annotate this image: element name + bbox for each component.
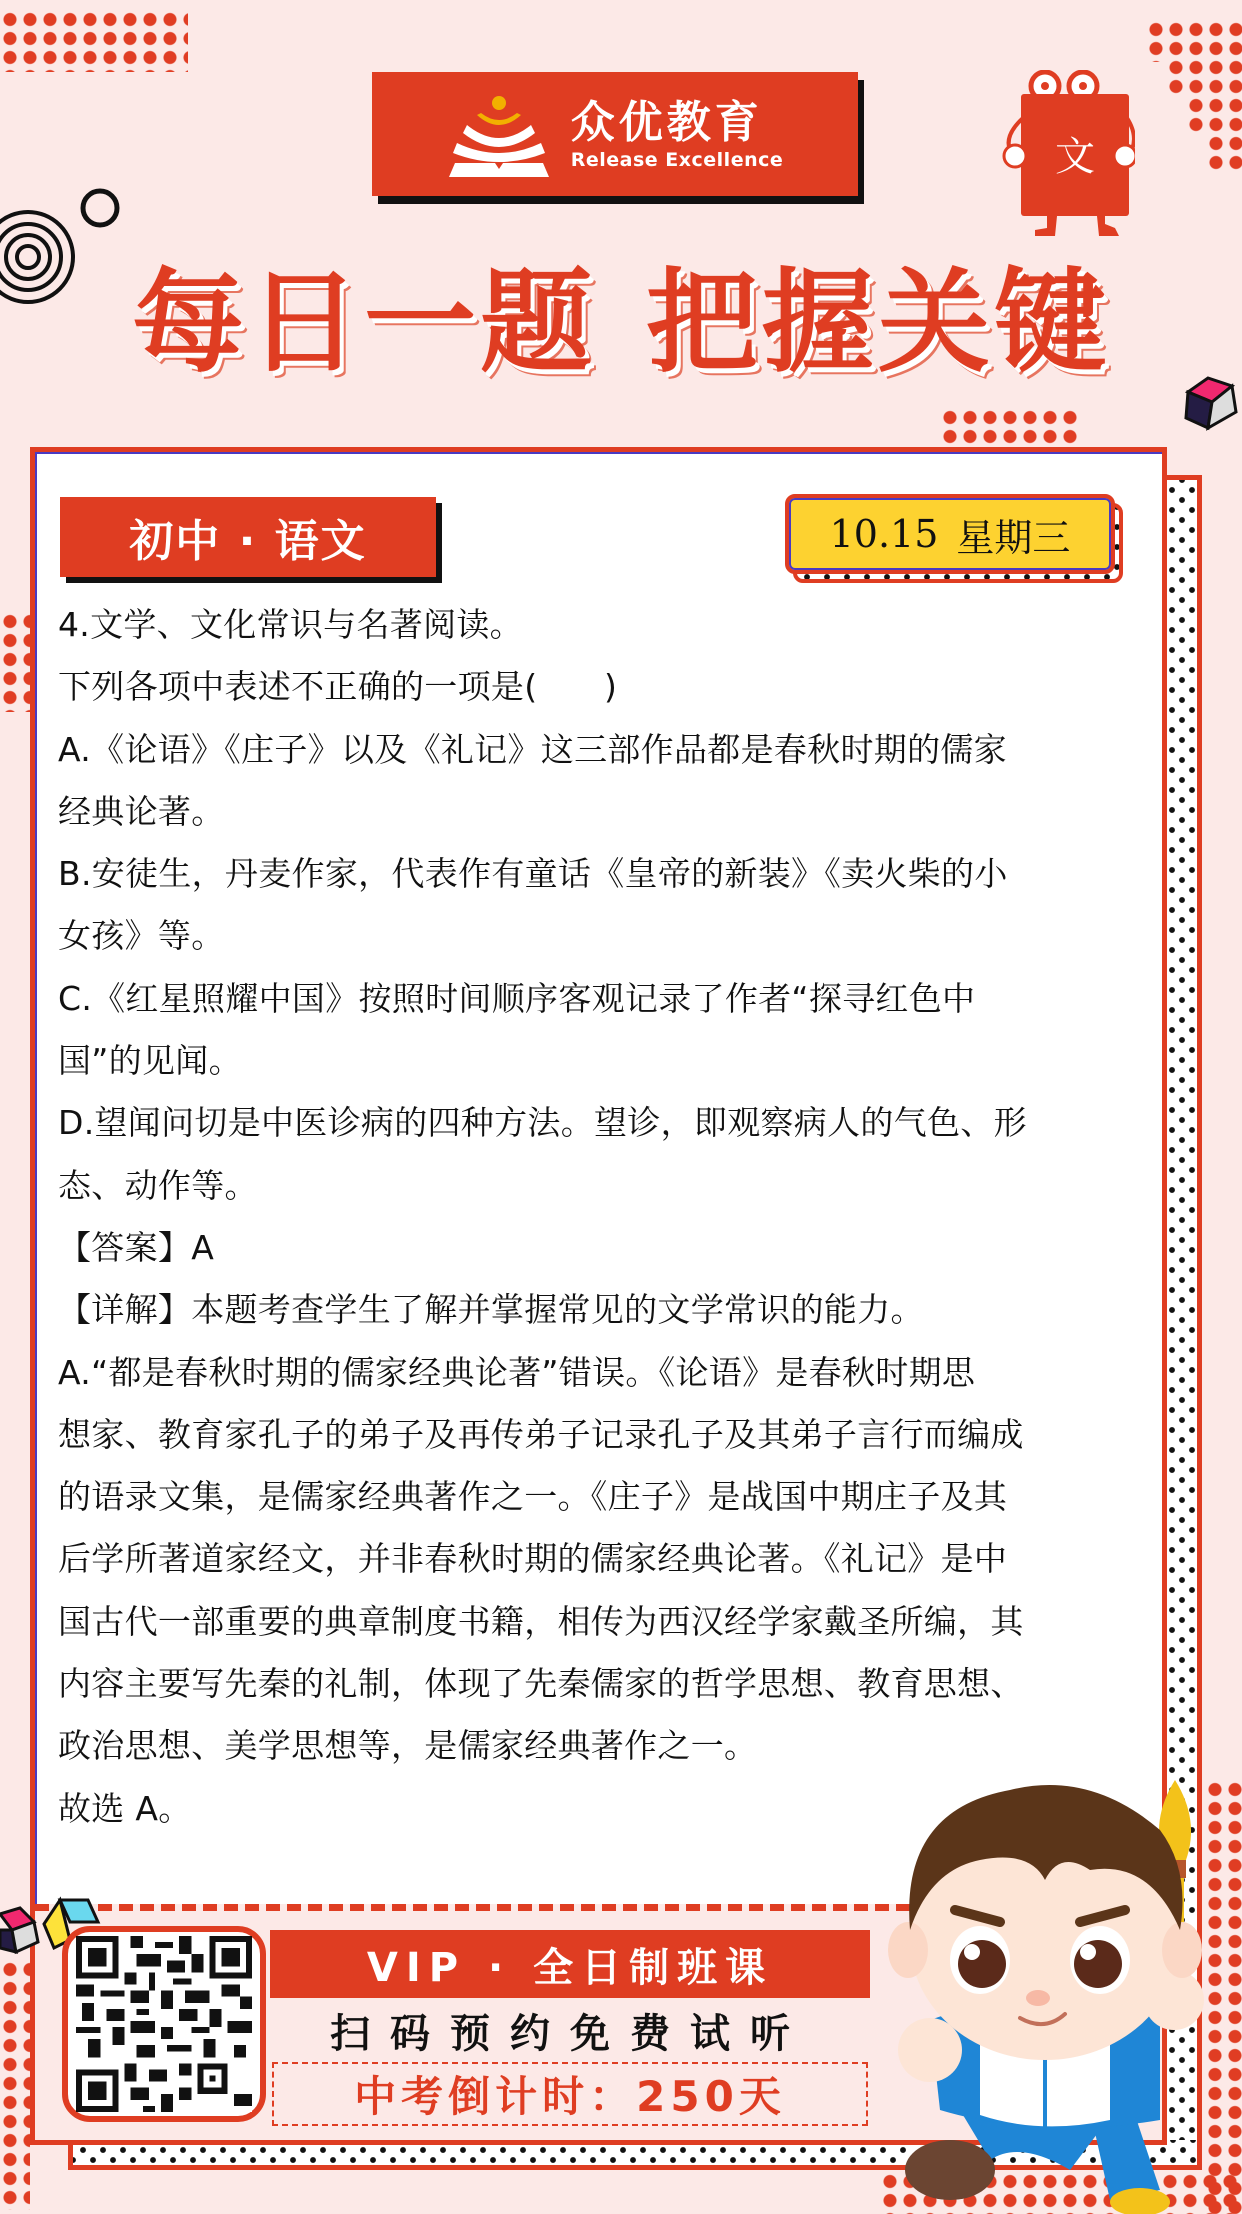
explanation-line: 国古代一部重要的典章制度书籍，相传为西汉经学家戴圣所编，其 [58,1591,1148,1653]
subject-tag: 初中 · 语文 [60,497,436,577]
headline-part-1: 每日一题 [132,258,596,388]
book-tree-logo-icon [447,91,551,177]
qr-code-frame[interactable] [62,1926,266,2122]
explanation-line: 的语录文集，是儒家经典著作之一。《庄子》是战国中期庄子及其 [58,1466,1148,1528]
question-body: 4.文学、文化常识与名著阅读。 下列各项中表述不正确的一项是( ) A.《论语》… [58,594,1148,1840]
option-a-line-1: A.《论语》《庄子》以及《礼记》这三部作品都是春秋时期的儒家 [58,719,1148,781]
option-d-line-1: D.望闻问切是中医诊病的四种方法。望诊，即观察病人的气色、形 [58,1092,1148,1154]
cube-icon [0,1900,40,1960]
dot-pattern-under-headline [940,408,1080,446]
explanation-line: 后学所著道家经文，并非春秋时期的儒家经典论著。《礼记》是中 [58,1528,1148,1590]
date-day: 10.15 [830,512,939,556]
dot-pattern-left-bottom [0,1960,30,2210]
ring-icon [78,186,122,230]
vip-course-banner: VIP · 全日制班课 [270,1930,870,1998]
question-prompt: 下列各项中表述不正确的一项是( ) [58,656,1148,718]
explanation-line: 内容主要写先秦的礼制，体现了先秦儒家的哲学思想、教育思想、 [58,1653,1148,1715]
qr-code-icon[interactable] [76,1936,252,2112]
svg-text:文: 文 [1055,134,1095,180]
dot-pattern-top-left [0,10,188,72]
option-d-line-2: 态、动作等。 [58,1155,1148,1217]
chinese-book-mascot-icon: 文 [995,70,1135,240]
option-c-line-2: 国”的见闻。 [58,1030,1148,1092]
exam-countdown: 中考倒计时：250天 [272,2062,868,2126]
brand-logo-banner: 众优教育 Release Excellence [372,72,858,196]
boy-mascot-icon [860,1750,1220,2214]
option-a-line-2: 经典论著。 [58,781,1148,843]
question-title: 4.文学、文化常识与名著阅读。 [58,594,1148,656]
option-b-line-1: B.安徒生，丹麦作家，代表作有童话《皇帝的新装》《卖火柴的小 [58,843,1148,905]
option-b-line-2: 女孩》等。 [58,905,1148,967]
brand-name-cn: 众优教育 [571,97,763,149]
scan-to-book-text: 扫码预约免费试听 [270,2004,870,2056]
option-c-line-1: C.《红星照耀中国》按照时间顺序客观记录了作者“探寻红色中 [58,968,1148,1030]
brand-slogan-en: Release Excellence [571,149,784,171]
date-badge: 10.15 星期三 [785,494,1115,574]
explanation-intro: 【详解】本题考查学生了解并掌握常见的文学常识的能力。 [58,1279,1148,1341]
explanation-line: A.“都是春秋时期的儒家经典论著”错误。《论语》是春秋时期思 [58,1342,1148,1404]
dot-pattern-top-right [1146,20,1242,170]
dot-pattern-left-side [0,612,30,712]
answer-line: 【答案】A [58,1217,1148,1279]
explanation-line: 想家、教育家孔子的弟子及再传弟子记录孔子及其弟子言行而编成 [58,1404,1148,1466]
page-headline: 每日一题把握关键 [0,258,1242,388]
headline-part-2: 把握关键 [646,258,1110,388]
date-weekday: 星期三 [956,507,1070,562]
